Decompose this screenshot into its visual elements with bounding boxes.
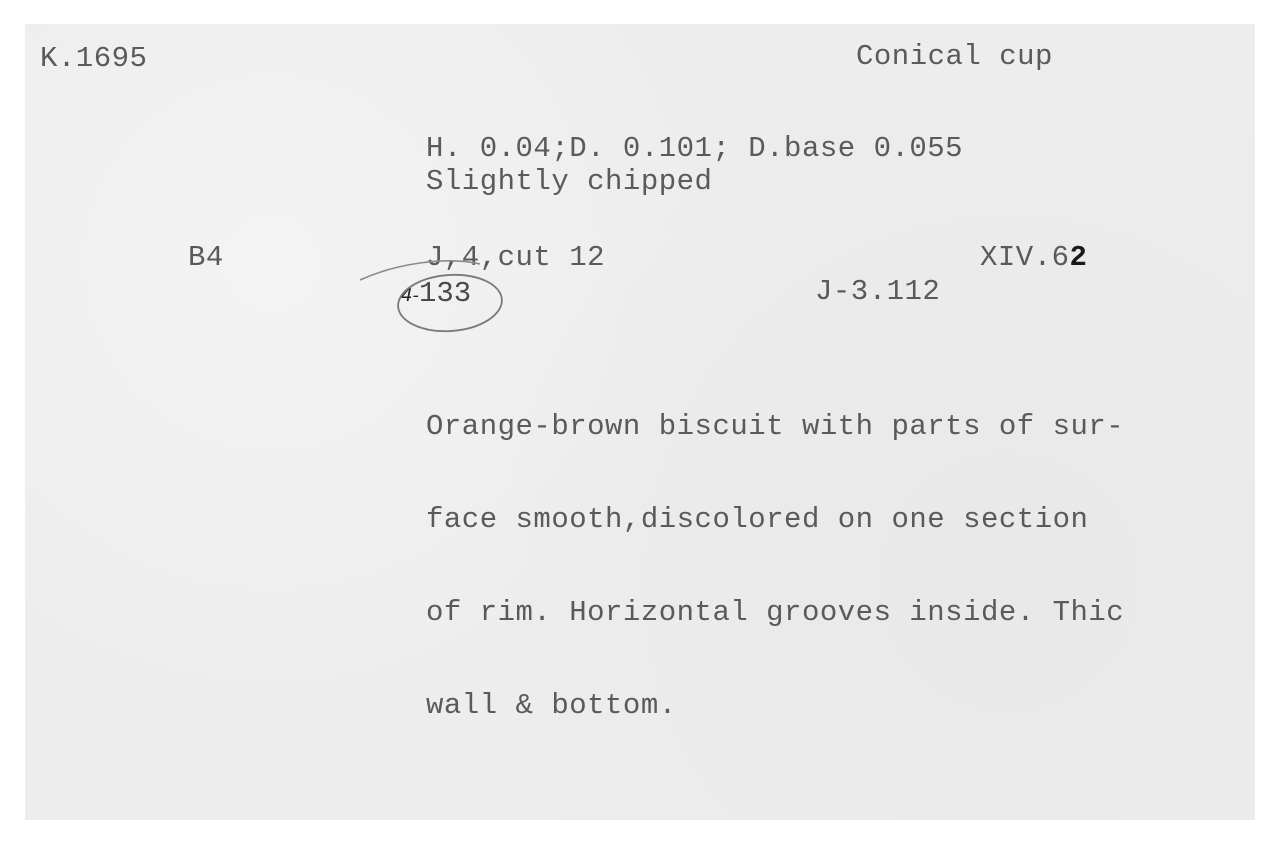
inventory-number: 133 (419, 277, 471, 310)
trench-reference: J,4,cut 12 (426, 243, 605, 273)
notebook-reference: XIV.62 (980, 243, 1087, 273)
alternate-reference: J-3.112 (815, 277, 940, 307)
description-line: of rim. Horizontal grooves inside. Thic (426, 597, 1124, 628)
description-line: face smooth,discolored on one section (426, 504, 1124, 535)
catalog-card: K.1695 Conical cup H. 0.04;D. 0.101; D.b… (25, 24, 1255, 820)
description-line: Orange-brown biscuit with parts of sur- (426, 411, 1124, 442)
catalog-number: K.1695 (40, 44, 147, 74)
handwritten-inventory-number: 4-133 (401, 277, 471, 310)
description-line: wall & bottom. (426, 690, 1124, 721)
dimensions: H. 0.04;D. 0.101; D.base 0.055 (426, 134, 963, 164)
inventory-prefix: 4- (401, 285, 419, 306)
description: Orange-brown biscuit with parts of sur- … (426, 349, 1124, 783)
grid-square: B4 (188, 243, 224, 273)
condition: Slightly chipped (426, 167, 712, 197)
notebook-reference-handwritten-digit: 2 (1070, 241, 1088, 274)
notebook-reference-typed: XIV.6 (980, 241, 1070, 274)
object-type: Conical cup (856, 42, 1053, 72)
